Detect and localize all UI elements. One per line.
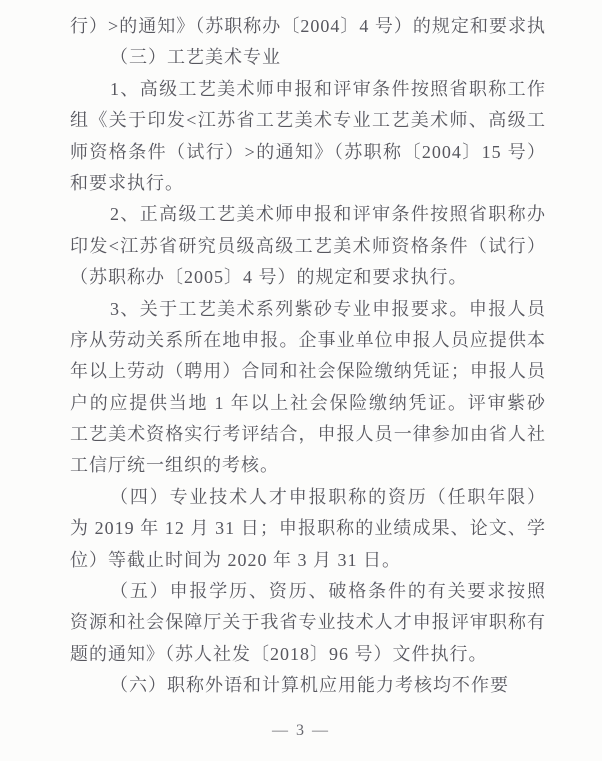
- text-line: 3、关于工艺美术系列紫砂专业申报要求。申报人员应按程: [70, 294, 546, 325]
- text-line: 户的应提供当地 1 年以上社会保险缴纳凭证。评审紫砂专业高级: [70, 388, 546, 419]
- section-heading-6: （六）职称外语和计算机应用能力考核均不作要求。: [70, 670, 546, 701]
- text-line: 2、正高级工艺美术师申报和评审条件按照省职称办《关于: [70, 199, 546, 230]
- text-line: 师资格条件（试行）>的通知》（苏职称〔2004〕15 号）等规定: [70, 137, 546, 168]
- text-line: 位）等截止时间为 2020 年 3 月 31 日。: [70, 545, 546, 576]
- text-line: 工信厅统一组织的考核。: [70, 450, 546, 481]
- text-line: 题的通知》（苏人社发〔2018〕96 号）文件执行。: [70, 639, 546, 670]
- document-page: 行）>的通知》（苏职称办〔2004〕4 号）的规定和要求执行。 （三）工艺美术专…: [0, 0, 602, 761]
- text-line: 和要求执行。: [70, 168, 546, 199]
- text-line: （苏职称办〔2005〕4 号）的规定和要求执行。: [70, 262, 546, 293]
- section-heading-4: （四）专业技术人才申报职称的资历（任职年限）截止时间: [70, 482, 546, 513]
- document-body: 行）>的通知》（苏职称办〔2004〕4 号）的规定和要求执行。 （三）工艺美术专…: [70, 11, 546, 702]
- section-heading-5: （五）申报学历、资历、破格条件的有关要求按照《省人力: [70, 576, 546, 607]
- text-line: 年以上劳动（聘用）合同和社会保险缴纳凭证；申报人员为个体: [70, 356, 546, 387]
- text-line: 工艺美术资格实行考评结合，申报人员一律参加由省人社厅、省: [70, 419, 546, 450]
- text-line: 1、高级工艺美术师申报和评审条件按照省职称工作领导小: [70, 74, 546, 105]
- page-number: — 3 —: [0, 722, 602, 740]
- text-line: 行）>的通知》（苏职称办〔2004〕4 号）的规定和要求执行。: [70, 11, 546, 42]
- text-line: 印发<江苏省研究员级高级工艺美术师资格条件（试行）>的通知》: [70, 231, 546, 262]
- text-line: 组《关于印发<江苏省工艺美术专业工艺美术师、高级工艺美术: [70, 105, 546, 136]
- section-heading-3: （三）工艺美术专业: [70, 42, 546, 73]
- text-line: 资源和社会保障厅关于我省专业技术人才申报评审职称有关问: [70, 607, 546, 638]
- text-line: 为 2019 年 12 月 31 日；申报职称的业绩成果、论文、学历（学: [70, 513, 546, 544]
- text-line: 序从劳动关系所在地申报。企事业单位申报人员应提供本单位 1: [70, 325, 546, 356]
